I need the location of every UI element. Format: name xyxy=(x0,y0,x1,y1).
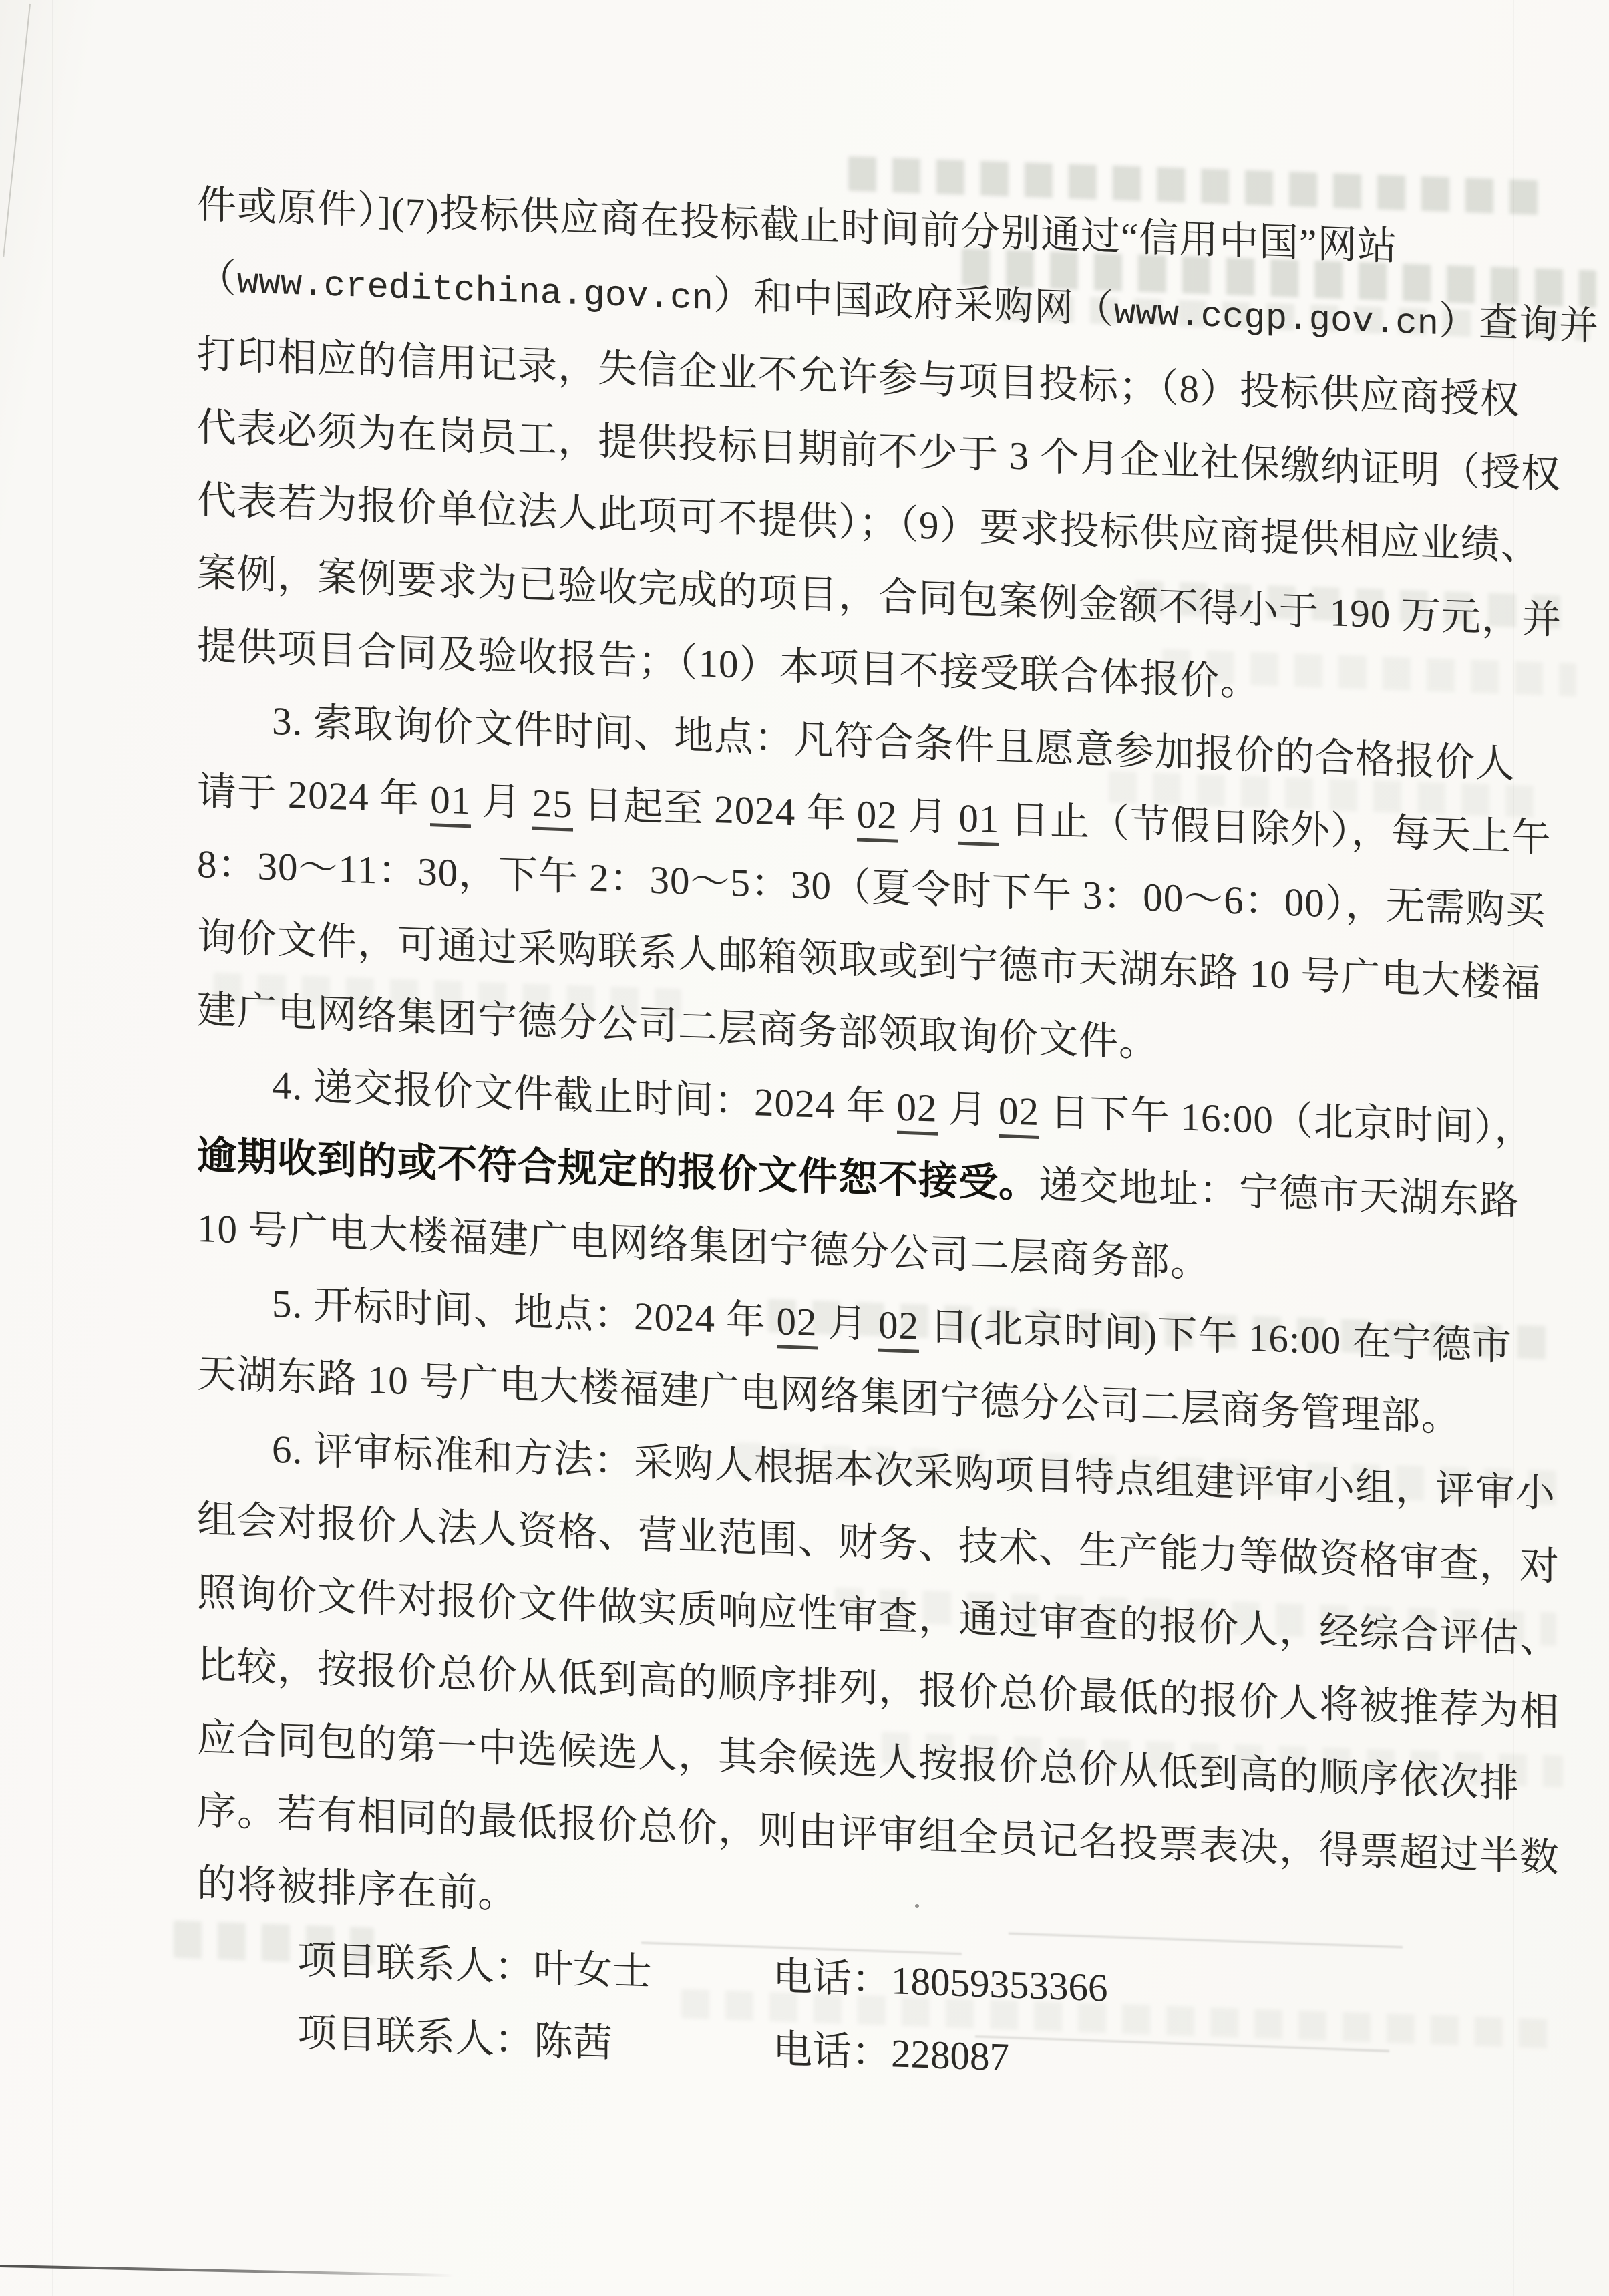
text-segment: 02 xyxy=(777,1299,818,1349)
phone-number: 228087 xyxy=(891,2031,1009,2079)
text-segment: 4. 递交报价文件截止时间：2024 年 xyxy=(272,1063,897,1129)
scan-artifact xyxy=(915,1904,919,1908)
contact-label: 项目联系人： xyxy=(297,1937,534,1989)
contact-name: 陈茜 xyxy=(534,2019,612,2066)
text-segment: 日(北京时间)下午 16:00 在宁德市 xyxy=(919,1304,1512,1369)
text-segment: 02 xyxy=(878,1303,919,1353)
text-segment: 5. 开标时间、地点：2024 年 xyxy=(272,1281,777,1343)
text-segment: 日下午 16:00（北京时间）， xyxy=(1039,1090,1534,1151)
phone-label: 电话： xyxy=(773,1954,891,2002)
phone-number: 18059353366 xyxy=(891,1958,1108,2009)
contact-phone: 电话：228087 xyxy=(773,2027,1009,2079)
text-segment: www.creditchina.gov.cn xyxy=(237,263,713,320)
text-segment: 25 xyxy=(532,781,573,832)
contact-phone: 电话：18059353366 xyxy=(773,1954,1108,2010)
text-segment: 01 xyxy=(958,796,999,846)
text-segment: 月 xyxy=(471,778,532,824)
contact-name: 叶女士 xyxy=(534,1946,652,1994)
text-segment: 02 xyxy=(999,1088,1039,1139)
text-segment: ）和中国政府采购网（ xyxy=(713,273,1114,331)
text-segment: 02 xyxy=(897,1085,938,1136)
document-body: 件或原件）](7)投标供应商在投标截止时间前分别通过“信用中国”网站（www.c… xyxy=(197,168,1609,1969)
text-segment: www.ccgp.gov.cn xyxy=(1114,293,1439,345)
text-segment: 递交地址：宁德市天湖东路 xyxy=(1039,1162,1519,1223)
contact-label: 项目联系人： xyxy=(297,2010,534,2062)
text-segment: 月 xyxy=(898,794,959,840)
text-segment: 的将被排序在前。 xyxy=(197,1861,518,1917)
text-segment: 01 xyxy=(430,777,471,828)
text-segment: 月 xyxy=(818,1300,879,1346)
text-segment: ）查询并 xyxy=(1439,299,1599,348)
text-segment: 请于 2024 年 xyxy=(197,769,430,821)
text-segment: 日止（节假日除外），每天上午 xyxy=(999,797,1551,860)
phone-label: 电话： xyxy=(773,2027,891,2075)
scan-artifact xyxy=(0,2265,454,2277)
document-content: 件或原件）](7)投标供应商在投标截止时间前分别通过“信用中国”网站（www.c… xyxy=(0,0,1609,2115)
text-segment: 02 xyxy=(857,792,898,842)
text-segment: 逾期收到的或不符合规定的报价文件恕不接受。 xyxy=(197,1133,1039,1206)
text-segment: 日起至 2024 年 xyxy=(573,782,857,836)
text-segment: （ xyxy=(197,255,237,301)
text-segment: 月 xyxy=(938,1086,999,1132)
